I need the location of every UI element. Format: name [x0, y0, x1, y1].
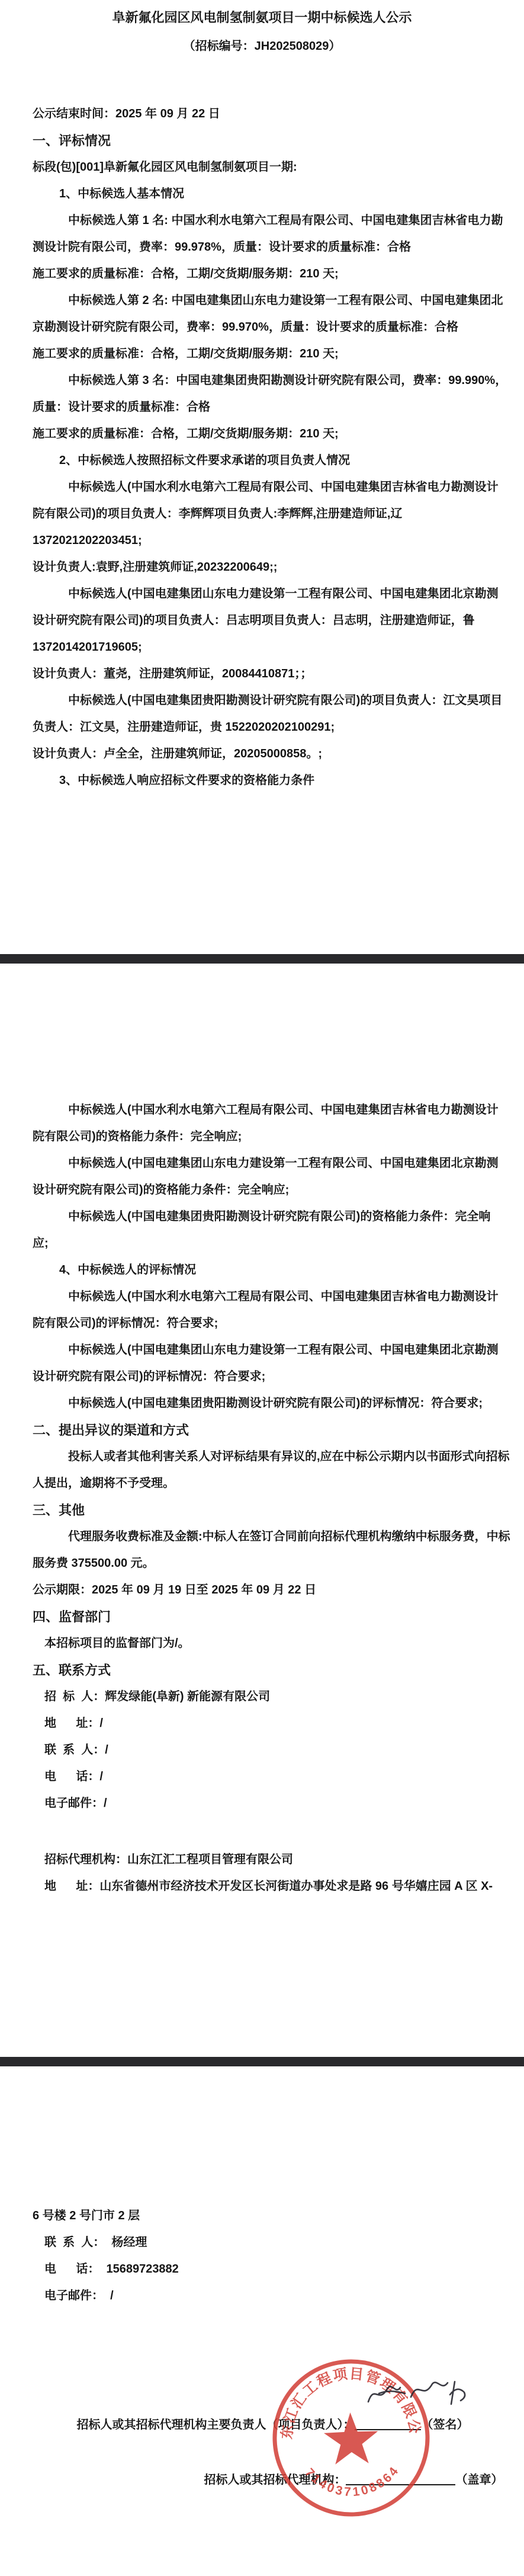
doc-line: 设计研究院有限公司)的资格能力条件：完全响应;: [33, 1177, 491, 1204]
signature-section: 招标人或其招标代理机构主要负责人（项目负责人）：（签名） 招标人或其招标代理机构…: [0, 2309, 524, 2576]
spacer: [33, 55, 491, 101]
document-subtitle: （招标编号：JH202508029）: [33, 38, 491, 55]
doc-line: 2、中标候选人按照招标文件要求承诺的项目负责人情况: [33, 447, 491, 474]
doc-line: 招 标 人：辉发绿能(阜新) 新能源有限公司: [33, 1684, 491, 1710]
doc-line: 公示期限：2025 年 09 月 19 日至 2025 年 09 月 22 日: [33, 1577, 491, 1604]
doc-line: 联 系 人： 杨经理: [33, 2229, 491, 2256]
doc-line: 施工要求的质量标准：合格，工期/交货期/服务期：210 天;: [33, 341, 491, 367]
doc-line: 1、中标候选人基本情况: [33, 181, 491, 207]
doc-line: 电子邮件：/: [33, 1790, 491, 1817]
doc-line: 中标候选人(中国电建集团山东电力建设第一工程有限公司、中国电建集团北京勘测: [33, 1150, 491, 1177]
doc-line: 中标候选人第 2 名: 中国电建集团山东电力建设第一工程有限公司、中国电建集团北: [33, 287, 491, 314]
signature-agency-suffix: （盖章）: [455, 2473, 503, 2487]
doc-line: 6 号楼 2 号门市 2 层: [33, 2203, 491, 2229]
doc-line: 测设计院有限公司，费率：99.978%，质量：设计要求的质量标准：合格: [33, 234, 491, 261]
spacer: [33, 794, 491, 954]
doc-line: 中标候选人(中国电建集团贵阳勘测设计研究院有限公司)的资格能力条件：完全响: [33, 1204, 491, 1230]
doc-line: 投标人或者其他利害关系人对评标结果有异议的,应在中标公示期内以书面形式向招标: [33, 1444, 491, 1470]
page-break-bar: [0, 2057, 524, 2066]
doc-heading: 三、其他: [33, 1497, 491, 1524]
spacer: [33, 2066, 491, 2203]
doc-line: 电 话：/: [33, 1764, 491, 1790]
doc-line: 负责人：江文昊，注册建造师证，贵 1522020202100291;: [33, 714, 491, 741]
doc-line: 电 话： 15689723882: [33, 2256, 491, 2283]
doc-line: 联 系 人：/: [33, 1737, 491, 1764]
doc-line: 公示结束时间：2025 年 09 月 22 日: [33, 101, 491, 127]
doc-line: 设计研究院有限公司)的项目负责人：吕志明项目负责人：吕志明，注册建造师证，鲁: [33, 607, 491, 634]
doc-line: 设计负责人:袁野,注册建筑师证,20232200649;;: [33, 554, 491, 581]
doc-line: 设计负责人：卢全全，注册建筑师证，20205000858。;: [33, 741, 491, 767]
doc-heading: 二、提出异议的渠道和方式: [33, 1417, 491, 1444]
handwritten-signature: [361, 2373, 474, 2415]
doc-line: 本招标项目的监督部门为/。: [33, 1630, 491, 1657]
doc-line: 电子邮件： /: [33, 2283, 491, 2309]
doc-line: 中标候选人(中国电建集团贵阳勘测设计研究院有限公司)的项目负责人：江文昊项目: [33, 687, 491, 714]
document-content: 阜新氟化园区风电制氢制氨项目一期中标候选人公示 （招标编号：JH20250802…: [0, 0, 524, 2576]
doc-heading: 一、评标情况: [33, 127, 491, 154]
doc-line: 施工要求的质量标准：合格，工期/交货期/服务期：210 天;: [33, 261, 491, 287]
document-body: 公示结束时间：2025 年 09 月 22 日一、评标情况标段(包)[001]阜…: [33, 101, 491, 2309]
doc-line: 1372014201719605;: [33, 634, 491, 661]
stamp-star-icon: [323, 2411, 379, 2465]
page-break-bar: [0, 954, 524, 964]
doc-line: 应;: [33, 1230, 491, 1257]
doc-line: 人提出，逾期将不予受理。: [33, 1470, 491, 1497]
doc-line: 院有限公司)的资格能力条件：完全响应;: [33, 1124, 491, 1150]
doc-line: 代理服务收费标准及金额:中标人在签订合同前向招标代理机构缴纳中标服务费，中标: [33, 1524, 491, 1550]
document-page: 阜新氟化园区风电制氢制氨项目一期中标候选人公示 （招标编号：JH20250802…: [0, 0, 524, 2576]
spacer: [33, 1817, 491, 1847]
spacer: [33, 964, 491, 1097]
doc-line: 中标候选人(中国电建集团贵阳勘测设计研究院有限公司)的评标情况：符合要求;: [33, 1390, 491, 1417]
doc-line: 1372021202203451;: [33, 527, 491, 554]
doc-line: 3、中标候选人响应招标文件要求的资格能力条件: [33, 767, 491, 794]
doc-line: 中标候选人(中国水利水电第六工程局有限公司、中国电建集团吉林省电力勘测设计: [33, 1097, 491, 1124]
doc-line: 中标候选人(中国水利水电第六工程局有限公司、中国电建集团吉林省电力勘测设计: [33, 474, 491, 501]
doc-line: 京勘测设计研究院有限公司，费率：99.970%，质量：设计要求的质量标准：合格: [33, 314, 491, 341]
doc-line: 标段(包)[001]阜新氟化园区风电制氢制氨项目一期:: [33, 154, 491, 181]
doc-line: 院有限公司)的项目负责人：李辉辉项目负责人:李辉辉,注册建造师证,辽: [33, 501, 491, 527]
spacer: [33, 1900, 491, 2057]
doc-line: 4、中标候选人的评标情况: [33, 1257, 491, 1284]
document-title: 阜新氟化园区风电制氢制氨项目一期中标候选人公示: [33, 0, 491, 27]
doc-line: 中标候选人第 3 名：中国电建集团贵阳勘测设计研究院有限公司，费率：99.990…: [33, 367, 491, 394]
doc-line: 院有限公司)的评标情况：符合要求;: [33, 1310, 491, 1337]
doc-line: 中标候选人(中国水利水电第六工程局有限公司、中国电建集团吉林省电力勘测设计: [33, 1284, 491, 1310]
doc-line: 中标候选人第 1 名: 中国水利水电第六工程局有限公司、中国电建集团吉林省电力勘: [33, 207, 491, 234]
stamp-number-text: 714037108864: [302, 2463, 403, 2501]
doc-heading: 四、监督部门: [33, 1604, 491, 1630]
doc-line: 地 址：山东省德州市经济技术开发区长河街道办事处求是路 96 号华嬉庄园 A 区…: [33, 1873, 491, 1900]
doc-line: 服务费 375500.00 元。: [33, 1550, 491, 1577]
doc-line: 质量：设计要求的质量标准：合格: [33, 394, 491, 421]
doc-line: 招标代理机构：山东江汇工程项目管理有限公司: [33, 1847, 491, 1873]
doc-line: 设计负责人：董尧，注册建筑师证，20084410871；；: [33, 661, 491, 687]
doc-line: 地 址：/: [33, 1710, 491, 1737]
doc-line: 施工要求的质量标准：合格，工期/交货期/服务期：210 天;: [33, 421, 491, 447]
doc-line: 中标候选人(中国电建集团山东电力建设第一工程有限公司、中国电建集团北京勘测: [33, 1337, 491, 1364]
doc-line: 中标候选人(中国电建集团山东电力建设第一工程有限公司、中国电建集团北京勘测: [33, 581, 491, 607]
doc-line: 设计研究院有限公司)的评标情况：符合要求;: [33, 1364, 491, 1390]
svg-text:714037108864: 714037108864: [302, 2463, 403, 2501]
doc-heading: 五、联系方式: [33, 1657, 491, 1684]
